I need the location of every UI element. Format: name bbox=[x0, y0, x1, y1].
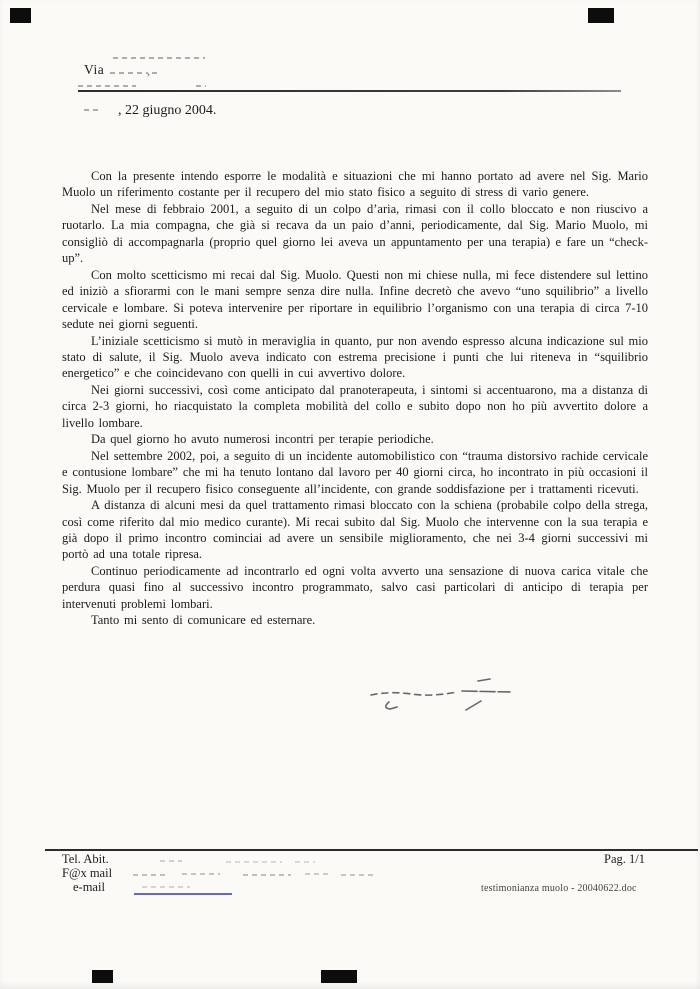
redacted-street-number bbox=[152, 72, 161, 74]
paragraph: Nel settembre 2002, poi, a seguito di un… bbox=[62, 448, 648, 497]
paragraph: Continuo periodicamente ad incontrarlo e… bbox=[62, 563, 648, 612]
document-filename: testimonianza muolo - 20040622.doc bbox=[481, 883, 637, 894]
redacted-sender-name bbox=[113, 57, 205, 59]
paragraph: Tanto mi sento di comunicare ed esternar… bbox=[62, 612, 648, 628]
email-label: e-mail bbox=[73, 880, 105, 895]
paragraph: Da quel giorno ho avuto numerosi incontr… bbox=[62, 431, 648, 447]
redacted-fax-3 bbox=[243, 874, 291, 876]
redacted-fax-5 bbox=[341, 874, 373, 876]
redacted-city-line-end bbox=[196, 85, 206, 87]
redacted-city-line bbox=[78, 85, 136, 87]
page-number: Pag. 1/1 bbox=[604, 852, 645, 867]
tel-label: Tel. Abit. bbox=[62, 852, 109, 867]
paragraph: Nei giorni successivi, così come anticip… bbox=[62, 382, 648, 431]
body-paragraphs: Con la presente intendo esporre le modal… bbox=[62, 168, 648, 629]
date-line: , 22 giugno 2004. bbox=[84, 103, 216, 119]
paragraph: Con molto scetticismo mi recai dal Sig. … bbox=[62, 267, 648, 333]
paragraph: L’iniziale scetticismo si mutò in meravi… bbox=[62, 333, 648, 382]
redaction-comma: , bbox=[147, 63, 150, 79]
redacted-phone-3 bbox=[295, 861, 315, 863]
via-label: Via bbox=[84, 62, 104, 78]
redacted-phone bbox=[160, 860, 182, 862]
signature-scribble bbox=[358, 672, 518, 717]
scan-mark-bottom-middle bbox=[321, 970, 357, 983]
redacted-city bbox=[84, 109, 98, 111]
scan-mark-top-left bbox=[10, 8, 31, 23]
redacted-email-link-underline bbox=[134, 893, 232, 895]
paragraph: A distanza di alcuni mesi da quel tratta… bbox=[62, 497, 648, 563]
scan-mark-bottom-left bbox=[92, 970, 113, 983]
letterhead-rule bbox=[78, 90, 621, 92]
redacted-email bbox=[142, 886, 190, 888]
paragraph: Nel mese di febbraio 2001, a seguito di … bbox=[62, 201, 648, 267]
scanned-letter-page: Via , , 22 giugno 2004. Con la presente … bbox=[0, 0, 700, 989]
redacted-phone-2 bbox=[226, 861, 282, 863]
footer-rule bbox=[45, 849, 698, 851]
paragraph: Con la presente intendo esporre le modal… bbox=[62, 168, 648, 201]
redacted-fax-2 bbox=[182, 873, 220, 875]
redacted-fax-4 bbox=[305, 873, 331, 875]
fax-label: F@x mail bbox=[62, 866, 112, 881]
redacted-fax bbox=[133, 874, 167, 876]
scan-mark-top-right bbox=[588, 8, 614, 23]
date-text: , 22 giugno 2004. bbox=[118, 103, 216, 118]
redacted-street bbox=[110, 72, 148, 74]
